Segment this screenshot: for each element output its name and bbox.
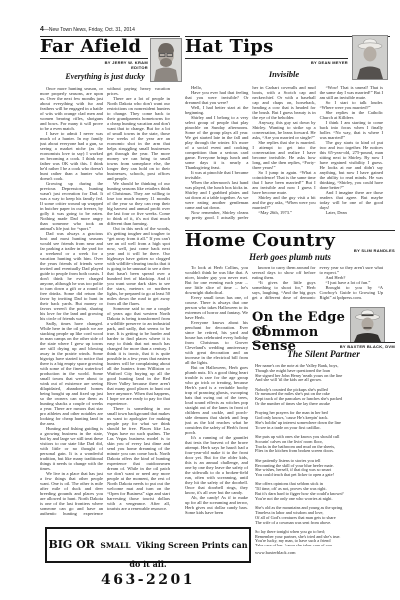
ad-headline: BIG OR SMALL Viking Screen Prints can do… [47, 533, 249, 571]
ad-text-rest: Viking Screen Prints can do it all. [129, 540, 247, 569]
far-afield-byline-title: EDITOR [60, 65, 148, 70]
hat-tips-body: Hello,Have you ever had that feeling tha… [185, 85, 383, 231]
masthead: 4—New Town News, Friday, Oct. 31, 2014 [40, 26, 135, 33]
viking-screen-prints-ad: BIG OR SMALL Viking Screen Prints can do… [45, 527, 251, 563]
newspaper-page: 4—New Town News, Friday, Oct. 31, 2014 F… [0, 0, 400, 600]
far-afield-body: Once more hunting season, or more proper… [40, 86, 170, 524]
far-afield-mid-rule [40, 58, 148, 59]
edge-subhead: The Silent Partner [252, 350, 395, 360]
far-afield-headline: Far Afield [40, 38, 150, 57]
masthead-text: —New Town News, Friday, Oct. 31, 2014 [44, 27, 135, 33]
hat-tips-headline: Hat Tips [185, 38, 305, 57]
ad-phone-number: 463-2201 [47, 572, 249, 588]
cowboy-hat-man-icon [351, 308, 384, 342]
home-country-col1: To look at Herb Collins, you wouldn't th… [185, 265, 248, 545]
edge-mid-rule [252, 342, 395, 343]
hat-tips-subhead: Invisible [185, 69, 383, 79]
far-afield-subhead: Everything is just ducky [40, 72, 170, 81]
hat-tips-mid-rule [185, 58, 348, 59]
ad-text-big: BIG OR [48, 538, 94, 551]
edge-poem: Her name's on the note at the Valley Ban… [255, 364, 395, 546]
home-country-col2-3: known to carry them around for several d… [252, 265, 383, 303]
ad-text-small: SMALL [100, 541, 130, 550]
edge-url: www.baxterblack.com [255, 550, 395, 555]
edge-byline: BY BAXTER BLACK, DVM [275, 344, 395, 349]
home-country-subhead: Herb goes plumb nuts [185, 252, 395, 262]
hat-tips-byline: BY DEAN MEYER [250, 60, 348, 65]
baxter-black-photo [350, 307, 385, 343]
